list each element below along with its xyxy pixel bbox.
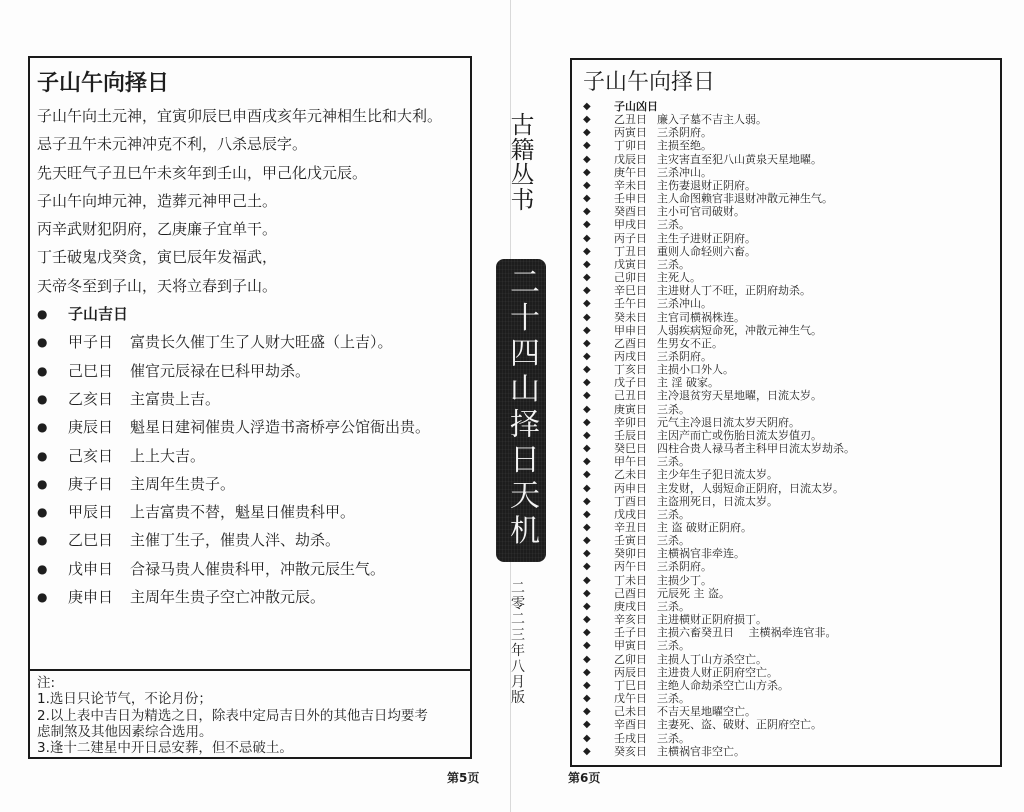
bullet-diamond-icon: ◆	[583, 482, 614, 495]
day-description: 上上大吉。	[130, 442, 205, 470]
day-description: 三杀。	[657, 600, 690, 613]
day-description: 三杀冲山。	[657, 297, 712, 310]
inauspicious-day-row: ◆丙寅日三杀阴府。	[583, 126, 993, 139]
day-label: 戊申日	[68, 555, 130, 583]
bullet-diamond-icon: ◆	[583, 587, 614, 600]
day-description: 主官司横祸株连。	[657, 311, 745, 324]
page-number-right: 第6页	[568, 769, 600, 786]
day-label: 辛未日	[614, 179, 657, 192]
bullet-dot-icon: ●	[37, 300, 68, 328]
day-description: 主进贵人财正阴府空亡。	[657, 666, 778, 679]
day-description: 三杀。	[657, 258, 690, 271]
bullet-diamond-icon: ◆	[583, 732, 614, 745]
bullet-dot-icon: ●	[37, 442, 68, 470]
day-description: 元辰死 主 盗。	[657, 587, 730, 600]
inauspicious-day-row: ◆丙戌日三杀阴府。	[583, 350, 993, 363]
day-label: 己巳日	[68, 357, 130, 385]
bullet-diamond-icon: ◆	[583, 639, 614, 652]
inauspicious-day-row: ◆丁巳日主绝人命劫杀空亡山方杀。	[583, 679, 993, 692]
inauspicious-day-row: ◆丙申日主发财，人弱短命正阴府，日流太岁。	[583, 482, 993, 495]
auspicious-day-row: ●庚申日主周年生贵子空亡冲散元辰。	[37, 583, 465, 611]
inauspicious-day-row: ◆甲戌日三杀。	[583, 218, 993, 231]
day-label: 辛巳日	[614, 284, 657, 297]
paragraph: 子山午向土元神，宜寅卯辰巳申酉戌亥年元神相生比和大利。	[37, 102, 465, 130]
day-label: 丙子日	[614, 232, 657, 245]
auspicious-day-row: ●甲辰日上吉富贵不替，魁星日催贵科甲。	[37, 498, 465, 526]
bullet-dot-icon: ●	[37, 328, 68, 356]
bullet-diamond-icon: ◆	[583, 679, 614, 692]
bullet-diamond-icon: ◆	[583, 600, 614, 613]
note-line: 1.选日只论节气，不论月份；	[37, 691, 428, 707]
inauspicious-day-row: ◆己卯日主死人。	[583, 271, 993, 284]
day-label: 癸未日	[614, 311, 657, 324]
day-description: 主妻死、盗、破财、正阴府空亡。	[657, 718, 822, 731]
day-description: 魁星日建祠催贵人浮造书斋桥亭公馆衙出贵。	[130, 413, 430, 441]
day-label: 壬申日	[614, 192, 657, 205]
day-label: 庚午日	[614, 166, 657, 179]
day-description: 上吉富贵不替，魁星日催贵科甲。	[130, 498, 355, 526]
day-label: 乙亥日	[68, 385, 130, 413]
day-description: 主因产而亡或伤胎日流太岁值刃。	[657, 429, 822, 442]
bullet-diamond-icon: ◆	[583, 271, 614, 284]
auspicious-header: ● 子山吉日	[37, 300, 465, 328]
book-title: 二十四山择日天机	[504, 266, 538, 550]
bullet-dot-icon: ●	[37, 526, 68, 554]
day-description: 主死人。	[657, 271, 701, 284]
bullet-diamond-icon: ◆	[583, 363, 614, 376]
day-label: 戊寅日	[614, 258, 657, 271]
day-description: 主催丁生子，催贵人泮、劫杀。	[130, 526, 340, 554]
inauspicious-day-row: ◆甲午日三杀。	[583, 455, 993, 468]
inauspicious-day-row: ◆癸巳日四柱合贵人禄马者主科甲日流太岁劫杀。	[583, 442, 993, 455]
inauspicious-day-row: ◆己丑日主冷退贫穷天星地曜，日流太岁。	[583, 389, 993, 402]
inauspicious-day-row: ◆壬戌日三杀。	[583, 732, 993, 745]
day-description: 生男女不正。	[657, 337, 723, 350]
day-label: 癸巳日	[614, 442, 657, 455]
paragraph: 天帝冬至到子山，天将立春到子山。	[37, 272, 465, 300]
bullet-dot-icon: ●	[37, 413, 68, 441]
day-label: 己酉日	[614, 587, 657, 600]
inauspicious-day-row: ◆丁未日主损少丁。	[583, 574, 993, 587]
day-label: 庚辰日	[68, 413, 130, 441]
bullet-diamond-icon: ◆	[583, 139, 614, 152]
day-description: 四柱合贵人禄马者主科甲日流太岁劫杀。	[657, 442, 855, 455]
bullet-dot-icon: ●	[37, 583, 68, 611]
notes-divider	[28, 669, 472, 671]
bullet-diamond-icon: ◆	[583, 337, 614, 350]
bullet-dot-icon: ●	[37, 385, 68, 413]
day-label: 甲寅日	[614, 639, 657, 652]
inauspicious-day-row: ◆癸亥日主横祸官非空亡。	[583, 745, 993, 758]
inauspicious-day-row: ◆辛酉日主妻死、盗、破财、正阴府空亡。	[583, 718, 993, 731]
bullet-dot-icon: ●	[37, 470, 68, 498]
bullet-diamond-icon: ◆	[583, 718, 614, 731]
bullet-diamond-icon: ◆	[583, 547, 614, 560]
day-description: 元气主冷退日流太岁天阴府。	[657, 416, 800, 429]
day-label: 丙戌日	[614, 350, 657, 363]
day-description: 主冷退贫穷天星地曜，日流太岁。	[657, 389, 822, 402]
day-description: 三杀阴府。	[657, 350, 712, 363]
note-line: 2.以上表中吉日为精选之日，除表中定局吉日外的其他吉日均要考	[37, 708, 428, 724]
inauspicious-day-row: ◆癸酉日主小可官司破财。	[583, 205, 993, 218]
bullet-diamond-icon: ◆	[583, 258, 614, 271]
auspicious-day-row: ●乙巳日主催丁生子，催贵人泮、劫杀。	[37, 526, 465, 554]
paragraph: 丙辛武财犯阴府，乙庚廉子宜单干。	[37, 215, 465, 243]
inauspicious-days-list: ◆子山凶日 ◆乙丑日廉入子墓不吉主人弱。 ◆丙寅日三杀阴府。 ◆丁卯日主损至绝。…	[583, 100, 993, 758]
day-label: 庚寅日	[614, 403, 657, 416]
inauspicious-day-row: ◆甲申日人弱疾病短命死，冲散元神生气。	[583, 324, 993, 337]
page-number-left: 第5页	[447, 769, 479, 786]
inauspicious-day-row: ◆辛丑日主 盗 破财正阴府。	[583, 521, 993, 534]
day-description: 不吉天星地曜空亡。	[657, 705, 756, 718]
bullet-diamond-icon: ◆	[583, 692, 614, 705]
inauspicious-day-row: ◆庚寅日三杀。	[583, 403, 993, 416]
inauspicious-day-row: ◆壬寅日三杀。	[583, 534, 993, 547]
day-label: 己未日	[614, 705, 657, 718]
day-description: 主进财人丁不旺，正阴府劫杀。	[657, 284, 811, 297]
day-description: 合禄马贵人催贵科甲，冲散元辰生气。	[130, 555, 385, 583]
bullet-diamond-icon: ◆	[583, 192, 614, 205]
day-label: 壬午日	[614, 297, 657, 310]
day-description: 主损少丁。	[657, 574, 712, 587]
day-description: 富贵长久催丁生了人财大旺盛（上吉）。	[130, 328, 393, 356]
day-description: 主盗刑死日，日流太岁。	[657, 495, 778, 508]
bullet-diamond-icon: ◆	[583, 560, 614, 573]
note-line: 3.逢十二建星中开日忌安葬，但不忌破土。	[37, 740, 428, 756]
inauspicious-day-row: ◆辛未日主伤妻退财正阴府。	[583, 179, 993, 192]
bullet-diamond-icon: ◆	[583, 245, 614, 258]
day-label: 癸卯日	[614, 547, 657, 560]
day-description: 三杀。	[657, 218, 690, 231]
bullet-diamond-icon: ◆	[583, 495, 614, 508]
inauspicious-day-row: ◆壬午日三杀冲山。	[583, 297, 993, 310]
auspicious-day-row: ●乙亥日主富贵上吉。	[37, 385, 465, 413]
paragraph: 先天旺气子丑巳午未亥年到壬山，甲己化戊元辰。	[37, 159, 465, 187]
day-description: 三杀。	[657, 692, 690, 705]
left-page-title: 子山午向择日	[37, 71, 169, 97]
inauspicious-day-row: ◆戊午日三杀。	[583, 692, 993, 705]
day-label: 乙卯日	[614, 653, 657, 666]
day-label: 乙巳日	[68, 526, 130, 554]
day-description: 三杀冲山。	[657, 166, 712, 179]
inauspicious-day-row: ◆辛巳日主进财人丁不旺，正阴府劫杀。	[583, 284, 993, 297]
day-description: 主灾害直至犯八山黄泉天星地曜。	[657, 153, 822, 166]
inauspicious-day-row: ◆庚午日三杀冲山。	[583, 166, 993, 179]
auspicious-day-row: ●甲子日富贵长久催丁生了人财大旺盛（上吉）。	[37, 328, 465, 356]
day-label: 丁亥日	[614, 363, 657, 376]
day-label: 辛酉日	[614, 718, 657, 731]
day-description: 三杀阴府。	[657, 126, 712, 139]
day-label: 庚戌日	[614, 600, 657, 613]
day-label: 壬寅日	[614, 534, 657, 547]
day-description: 三杀。	[657, 639, 690, 652]
day-label: 甲辰日	[68, 498, 130, 526]
day-description: 主 淫 破家。	[657, 376, 719, 389]
day-label: 己卯日	[614, 271, 657, 284]
day-description: 主损至绝。	[657, 139, 712, 152]
bullet-diamond-icon: ◆	[583, 324, 614, 337]
inauspicious-day-row: ◆辛亥日主进横财正阴府损丁。	[583, 613, 993, 626]
bullet-diamond-icon: ◆	[583, 166, 614, 179]
inauspicious-day-row: ◆丁亥日主损小口外人。	[583, 363, 993, 376]
bullet-diamond-icon: ◆	[583, 508, 614, 521]
bullet-diamond-icon: ◆	[583, 416, 614, 429]
bullet-diamond-icon: ◆	[583, 100, 614, 113]
day-label: 丙午日	[614, 560, 657, 573]
day-label: 壬辰日	[614, 429, 657, 442]
bullet-diamond-icon: ◆	[583, 113, 614, 126]
inauspicious-day-row: ◆甲寅日三杀。	[583, 639, 993, 652]
inauspicious-day-row: ◆壬申日主人命图赖官非退财冲散元神生气。	[583, 192, 993, 205]
day-label: 甲子日	[68, 328, 130, 356]
day-description: 主损小口外人。	[657, 363, 734, 376]
bullet-diamond-icon: ◆	[583, 350, 614, 363]
day-description: 主小可官司破财。	[657, 205, 745, 218]
day-description: 主发财，人弱短命正阴府，日流太岁。	[657, 482, 844, 495]
day-label: 庚子日	[68, 470, 130, 498]
day-label: 丁丑日	[614, 245, 657, 258]
bullet-dot-icon: ●	[37, 555, 68, 583]
day-description: 主伤妻退财正阴府。	[657, 179, 756, 192]
inauspicious-day-row: ◆乙未日主少年生子犯日流太岁。	[583, 468, 993, 481]
day-label: 己丑日	[614, 389, 657, 402]
day-label: 癸酉日	[614, 205, 657, 218]
day-description: 主少年生子犯日流太岁。	[657, 468, 778, 481]
day-label: 丙寅日	[614, 126, 657, 139]
bullet-diamond-icon: ◆	[583, 403, 614, 416]
bullet-diamond-icon: ◆	[583, 218, 614, 231]
day-label: 辛丑日	[614, 521, 657, 534]
day-description: 主损六畜癸丑日 主横祸牵连官非。	[657, 626, 837, 639]
bullet-diamond-icon: ◆	[583, 442, 614, 455]
inauspicious-day-row: ◆癸卯日主横祸官非牵连。	[583, 547, 993, 560]
day-description: 主生子进财正阴府。	[657, 232, 756, 245]
day-label: 壬子日	[614, 626, 657, 639]
inauspicious-day-row: ◆己未日不吉天星地曜空亡。	[583, 705, 993, 718]
notes-label: 注:	[37, 675, 428, 691]
inauspicious-header: ◆子山凶日	[583, 100, 993, 113]
inauspicious-day-row: ◆乙酉日生男女不正。	[583, 337, 993, 350]
bullet-diamond-icon: ◆	[583, 455, 614, 468]
bullet-diamond-icon: ◆	[583, 311, 614, 324]
inauspicious-day-row: ◆戊戌日三杀。	[583, 508, 993, 521]
day-description: 主横祸官非牵连。	[657, 547, 745, 560]
inauspicious-day-row: ◆癸未日主官司横祸株连。	[583, 311, 993, 324]
day-description: 三杀。	[657, 508, 690, 521]
inauspicious-day-row: ◆丙辰日主进贵人财正阴府空亡。	[583, 666, 993, 679]
right-page-title: 子山午向择日	[583, 70, 715, 96]
day-label: 甲午日	[614, 455, 657, 468]
bullet-diamond-icon: ◆	[583, 574, 614, 587]
inauspicious-day-row: ◆戊辰日主灾害直至犯八山黄泉天星地曜。	[583, 153, 993, 166]
inauspicious-day-row: ◆壬子日主损六畜癸丑日 主横祸牵连官非。	[583, 626, 993, 639]
inauspicious-day-row: ◆丁酉日主盗刑死日，日流太岁。	[583, 495, 993, 508]
bullet-diamond-icon: ◆	[583, 626, 614, 639]
inauspicious-day-row: ◆乙丑日廉入子墓不吉主人弱。	[583, 113, 993, 126]
inauspicious-day-row: ◆辛卯日元气主冷退日流太岁天阴府。	[583, 416, 993, 429]
book-edition: 二零二三年八月版	[509, 580, 525, 706]
auspicious-header-label: 子山吉日	[68, 300, 128, 328]
day-description: 三杀阴府。	[657, 560, 712, 573]
left-page-body: 子山午向土元神，宜寅卯辰巳申酉戌亥年元神相生比和大利。 忌子丑午未元神冲克不利，…	[37, 102, 465, 611]
day-description: 主进横财正阴府损丁。	[657, 613, 767, 626]
day-description: 三杀。	[657, 403, 690, 416]
bullet-diamond-icon: ◆	[583, 297, 614, 310]
day-label: 乙酉日	[614, 337, 657, 350]
auspicious-day-row: ●戊申日合禄马贵人催贵科甲，冲散元辰生气。	[37, 555, 465, 583]
bullet-diamond-icon: ◆	[583, 429, 614, 442]
bullet-dot-icon: ●	[37, 498, 68, 526]
day-description: 廉入子墓不吉主人弱。	[657, 113, 767, 126]
day-label: 丙辰日	[614, 666, 657, 679]
inauspicious-day-row: ◆戊子日主 淫 破家。	[583, 376, 993, 389]
day-label: 戊子日	[614, 376, 657, 389]
day-label: 甲戌日	[614, 218, 657, 231]
day-label: 丁卯日	[614, 139, 657, 152]
bullet-diamond-icon: ◆	[583, 666, 614, 679]
day-label: 甲申日	[614, 324, 657, 337]
paragraph: 子山午向坤元神，造葬元神甲己土。	[37, 187, 465, 215]
bullet-diamond-icon: ◆	[583, 153, 614, 166]
bullet-diamond-icon: ◆	[583, 705, 614, 718]
auspicious-day-row: ●己亥日上上大吉。	[37, 442, 465, 470]
day-label: 癸亥日	[614, 745, 657, 758]
bullet-diamond-icon: ◆	[583, 521, 614, 534]
inauspicious-day-row: ◆庚戌日三杀。	[583, 600, 993, 613]
auspicious-day-row: ●庚辰日魁星日建祠催贵人浮造书斋桥亭公馆衙出贵。	[37, 413, 465, 441]
day-description: 主损人丁山方杀空亡。	[657, 653, 767, 666]
day-description: 主周年生贵子空亡冲散元辰。	[130, 583, 325, 611]
day-label: 乙未日	[614, 468, 657, 481]
day-description: 三杀。	[657, 732, 690, 745]
day-description: 主人命图赖官非退财冲散元神生气。	[657, 192, 833, 205]
day-description: 人弱疾病短命死，冲散元神生气。	[657, 324, 822, 337]
bullet-diamond-icon: ◆	[583, 232, 614, 245]
auspicious-day-row: ●庚子日主周年生贵子。	[37, 470, 465, 498]
inauspicious-day-row: ◆丁卯日主损至绝。	[583, 139, 993, 152]
notes-section: 注: 1.选日只论节气，不论月份； 2.以上表中吉日为精选之日，除表中定局吉日外…	[37, 675, 428, 756]
inauspicious-day-row: ◆丁丑日重则人命轻则六畜。	[583, 245, 993, 258]
inauspicious-day-row: ◆丙子日主生子进财正阴府。	[583, 232, 993, 245]
day-label: 辛亥日	[614, 613, 657, 626]
bullet-diamond-icon: ◆	[583, 284, 614, 297]
day-label: 壬戌日	[614, 732, 657, 745]
bullet-diamond-icon: ◆	[583, 653, 614, 666]
bullet-diamond-icon: ◆	[583, 389, 614, 402]
auspicious-day-row: ●己巳日催官元辰禄在巳科甲劫杀。	[37, 357, 465, 385]
day-label: 戊戌日	[614, 508, 657, 521]
day-label: 乙丑日	[614, 113, 657, 126]
bullet-dot-icon: ●	[37, 357, 68, 385]
day-description: 主周年生贵子。	[130, 470, 235, 498]
paragraph: 忌子丑午未元神冲克不利，八杀忌辰字。	[37, 130, 465, 158]
inauspicious-day-row: ◆戊寅日三杀。	[583, 258, 993, 271]
bullet-diamond-icon: ◆	[583, 745, 614, 758]
day-description: 主绝人命劫杀空亡山方杀。	[657, 679, 789, 692]
inauspicious-day-row: ◆乙卯日主损人丁山方杀空亡。	[583, 653, 993, 666]
bullet-diamond-icon: ◆	[583, 126, 614, 139]
day-label: 丁未日	[614, 574, 657, 587]
paragraph: 丁壬破鬼戊癸贪，寅巳辰年发福武，	[37, 243, 465, 271]
bullet-diamond-icon: ◆	[583, 468, 614, 481]
day-label: 庚申日	[68, 583, 130, 611]
inauspicious-day-row: ◆壬辰日主因产而亡或伤胎日流太岁值刃。	[583, 429, 993, 442]
day-label: 己亥日	[68, 442, 130, 470]
day-description: 主富贵上吉。	[130, 385, 220, 413]
day-label: 丁酉日	[614, 495, 657, 508]
bullet-diamond-icon: ◆	[583, 179, 614, 192]
day-description: 重则人命轻则六畜。	[657, 245, 756, 258]
day-description: 三杀。	[657, 455, 690, 468]
book-series-title: 古籍丛书	[507, 112, 533, 212]
day-label: 戊辰日	[614, 153, 657, 166]
day-description: 催官元辰禄在巳科甲劫杀。	[130, 357, 310, 385]
day-label: 丙申日	[614, 482, 657, 495]
day-label: 戊午日	[614, 692, 657, 705]
day-description: 主横祸官非空亡。	[657, 745, 745, 758]
inauspicious-day-row: ◆丙午日三杀阴府。	[583, 560, 993, 573]
day-label: 辛卯日	[614, 416, 657, 429]
bullet-diamond-icon: ◆	[583, 205, 614, 218]
bullet-diamond-icon: ◆	[583, 376, 614, 389]
day-description: 三杀。	[657, 534, 690, 547]
inauspicious-header-label: 子山凶日	[614, 100, 658, 113]
bullet-diamond-icon: ◆	[583, 613, 614, 626]
day-description: 主 盗 破财正阴府。	[657, 521, 752, 534]
day-label: 丁巳日	[614, 679, 657, 692]
bullet-diamond-icon: ◆	[583, 534, 614, 547]
note-line: 虑制煞及其他因素综合选用。	[37, 724, 428, 740]
inauspicious-day-row: ◆己酉日元辰死 主 盗。	[583, 587, 993, 600]
